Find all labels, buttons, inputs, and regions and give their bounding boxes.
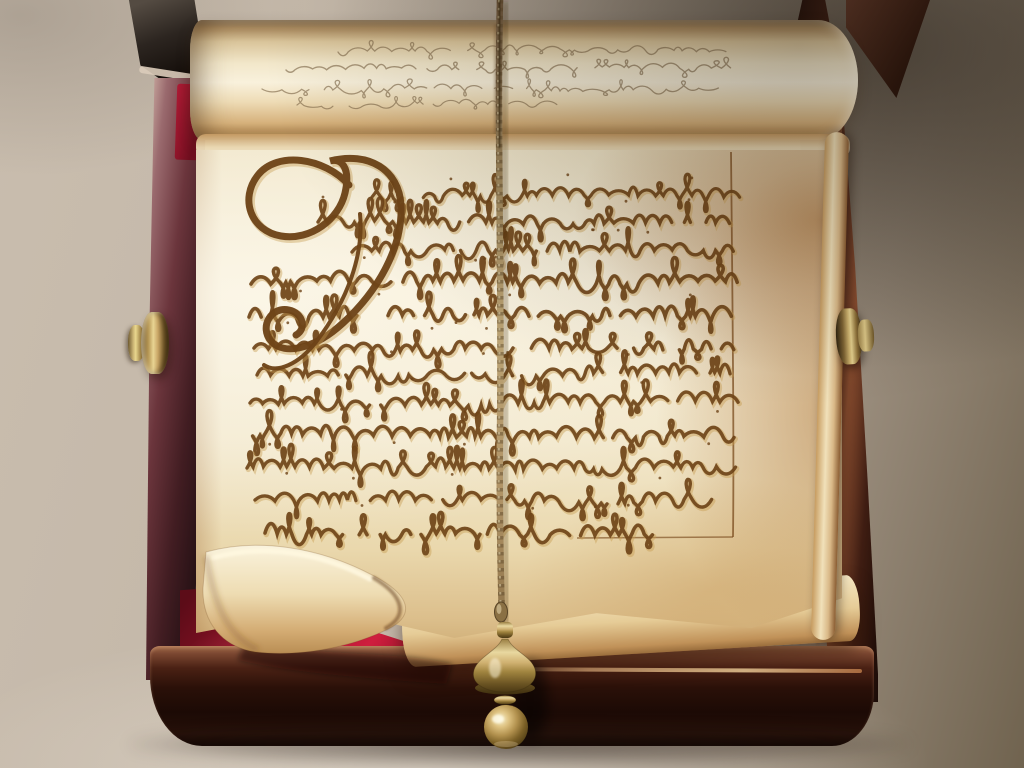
brass-pendant [473,602,548,749]
calligraphy-and-cord-overlay [0,0,1024,768]
parchment-corner-curl [203,545,452,684]
twine-cord [498,0,507,624]
photo-antique-manuscript-box [0,0,1024,768]
